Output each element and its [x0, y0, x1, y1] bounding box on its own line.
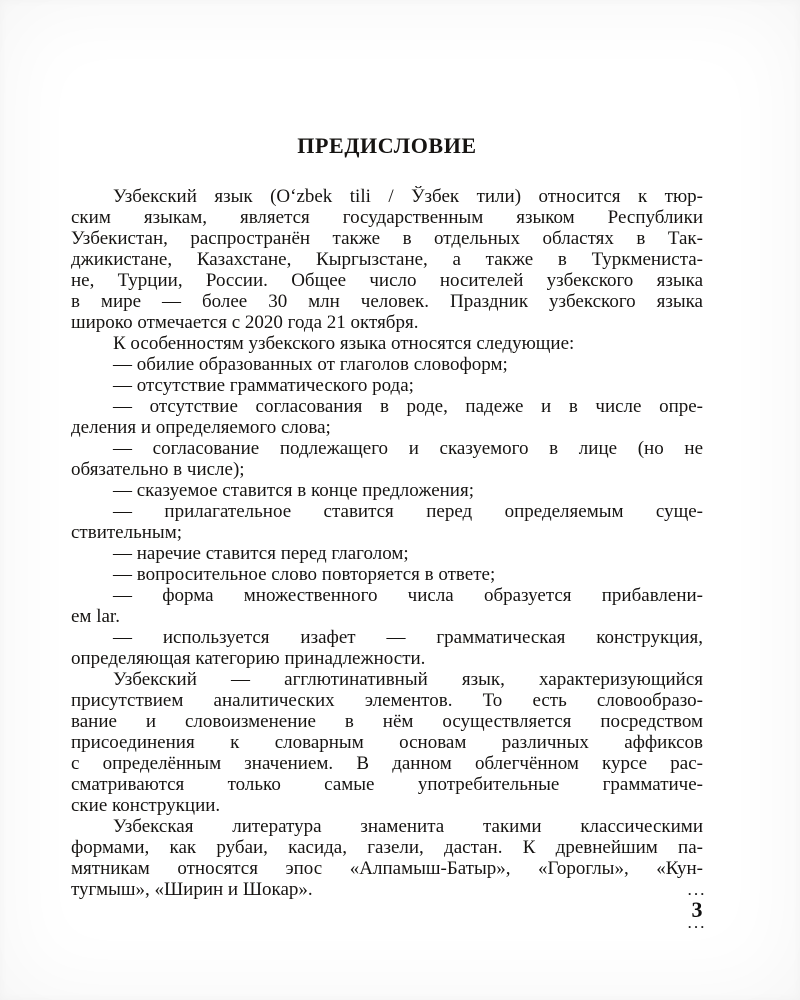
text-line: — прилагательное ставится перед определя…: [71, 501, 703, 522]
text-line: присутствием аналитических элементов. То…: [71, 690, 703, 711]
text-column: ПРЕДИСЛОВИЕ Узбекский язык (Oʻzbek tili …: [71, 132, 703, 900]
text-line: — используется изафет — грамматическая к…: [71, 627, 703, 648]
text-line: — отсутствие согласования в роде, падеже…: [71, 396, 703, 417]
text-line: формами, как рубаи, касида, газели, даст…: [71, 837, 703, 858]
page-title: ПРЕДИСЛОВИЕ: [71, 132, 703, 160]
text-line: тугмыш», «Ширин и Шокар».: [71, 879, 703, 900]
text-line: — вопросительное слово повторяется в отв…: [71, 564, 703, 585]
paragraph: — отсутствие грамматического рода;: [71, 375, 703, 396]
text-line: — согласование подлежащего и сказуемого …: [71, 438, 703, 459]
text-line: определяющая категорию принадлежности.: [71, 648, 703, 669]
paragraph: — прилагательное ставится перед определя…: [71, 501, 703, 543]
text-line: — обилие образованных от глаголов словоф…: [71, 354, 703, 375]
paragraph: — согласование подлежащего и сказуемого …: [71, 438, 703, 480]
text-line: в мире — более 30 млн человек. Праздник …: [71, 291, 703, 312]
paragraph: — сказуемое ставится в конце предложения…: [71, 480, 703, 501]
paragraph: К особенностям узбекского языка относятс…: [71, 333, 703, 354]
text-line: — форма множественного числа образуется …: [71, 585, 703, 606]
text-line: К особенностям узбекского языка относятс…: [71, 333, 703, 354]
text-line: широко отмечается с 2020 года 21 октября…: [71, 312, 703, 333]
text-line: с определённым значением. В данном облег…: [71, 753, 703, 774]
book-page: ПРЕДИСЛОВИЕ Узбекский язык (Oʻzbek tili …: [0, 0, 800, 1000]
text-line: ем lar.: [71, 606, 703, 627]
text-line: — наречие ставится перед глаголом;: [71, 543, 703, 564]
text-line: присоединения к словарным основам различ…: [71, 732, 703, 753]
text-line: не, Турции, России. Общее число носителе…: [71, 270, 703, 291]
text-line: Узбекистан, распространён также в отдель…: [71, 228, 703, 249]
text-line: вание и словоизменение в нём осуществляе…: [71, 711, 703, 732]
paragraph: — наречие ставится перед глаголом;: [71, 543, 703, 564]
paragraph: — отсутствие согласования в роде, падеже…: [71, 396, 703, 438]
text-line: — сказуемое ставится в конце предложения…: [71, 480, 703, 501]
text-line: мятникам относятся эпос «Алпамыш-Батыр»,…: [71, 858, 703, 879]
text-line: джикистане, Казахстане, Кыргызстане, а т…: [71, 249, 703, 270]
paragraph: Узбекская литература знаменита такими кл…: [71, 816, 703, 900]
text-line: сматриваются только самые употребительны…: [71, 774, 703, 795]
paragraph: — используется изафет — грамматическая к…: [71, 627, 703, 669]
text-line: деления и определяемого слова;: [71, 417, 703, 438]
paragraph: — обилие образованных от глаголов словоф…: [71, 354, 703, 375]
text-line: Узбекский язык (Oʻzbek tili / Ўзбек тили…: [71, 186, 703, 207]
page-number-block: ··· 3 ···: [668, 889, 726, 931]
text-body: Узбекский язык (Oʻzbek tili / Ўзбек тили…: [71, 186, 703, 900]
text-line: Узбекский — агглютинативный язык, характ…: [71, 669, 703, 690]
text-line: — отсутствие грамматического рода;: [71, 375, 703, 396]
text-line: ствительным;: [71, 522, 703, 543]
text-line: ские конструкции.: [71, 795, 703, 816]
paragraph: — форма множественного числа образуется …: [71, 585, 703, 627]
dots-bottom: ···: [668, 922, 726, 931]
text-line: ским языкам, является государственным яз…: [71, 207, 703, 228]
paragraph: Узбекский язык (Oʻzbek tili / Ўзбек тили…: [71, 186, 703, 333]
text-line: Узбекская литература знаменита такими кл…: [71, 816, 703, 837]
paragraph: — вопросительное слово повторяется в отв…: [71, 564, 703, 585]
paragraph: Узбекский — агглютинативный язык, характ…: [71, 669, 703, 816]
text-line: обязательно в числе);: [71, 459, 703, 480]
